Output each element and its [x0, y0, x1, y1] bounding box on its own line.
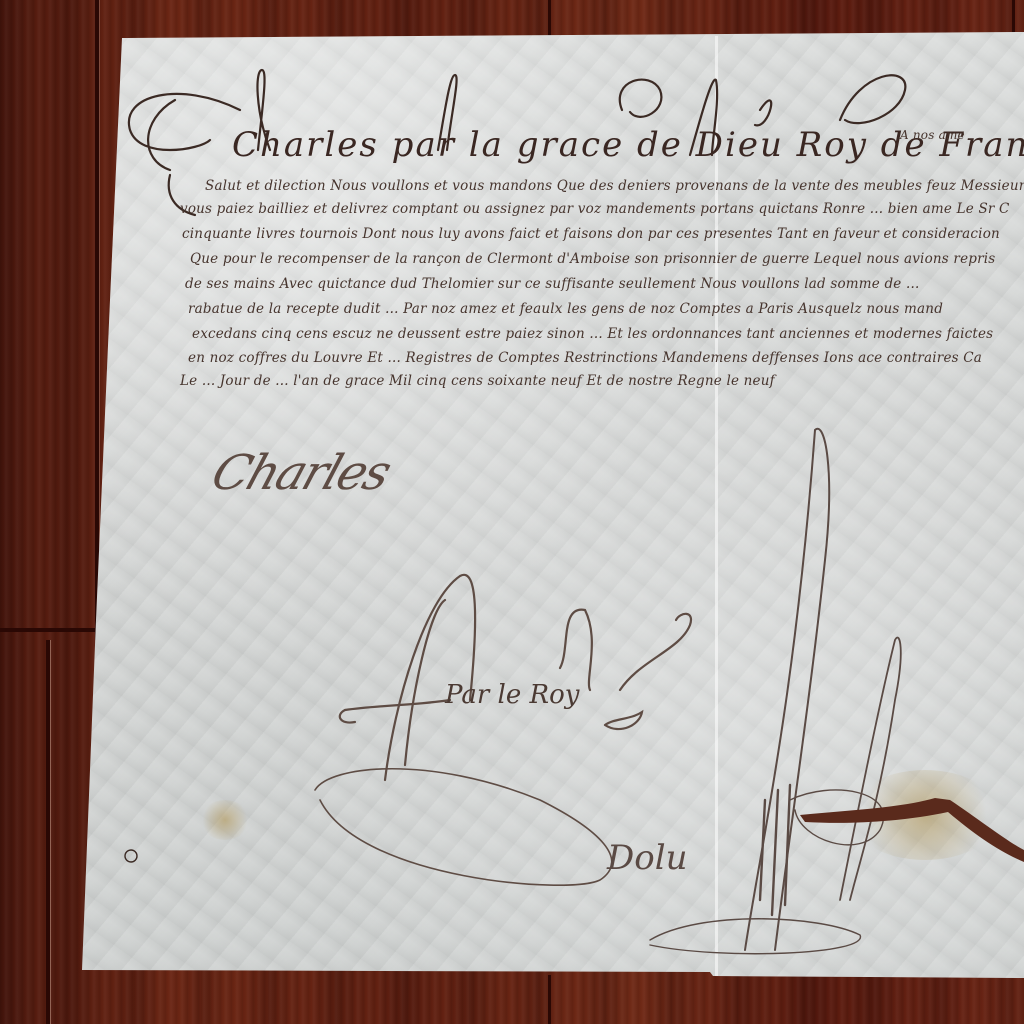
- body-line: rabatue de la recepte dudit ... Par noz …: [188, 301, 943, 317]
- table-plank-seam: [46, 640, 50, 1024]
- table-plank-seam: [548, 975, 551, 1024]
- heading-suffix: A nos ame: [900, 128, 965, 142]
- fold-crease: [715, 36, 718, 976]
- body-line: Salut et dilection Nous voullons et vous…: [205, 178, 1024, 194]
- body-line: vous paiez bailliez et delivrez comptant…: [180, 201, 1010, 217]
- table-plank-seam: [0, 628, 100, 632]
- age-stain: [200, 800, 250, 840]
- king-signature: Charles: [205, 445, 397, 501]
- body-line: Que pour le recompenser de la rançon de …: [190, 251, 995, 267]
- body-line: excedans cinq cens escuz ne deussent est…: [192, 326, 993, 342]
- secretary-signature: Dolu: [607, 838, 688, 878]
- body-line: en noz coffres du Louvre Et ... Registre…: [188, 350, 982, 366]
- countersign-par-le-roy: Par le Roy: [445, 680, 579, 710]
- table-plank-seam: [548, 0, 551, 40]
- body-line: cinquante livres tournois Dont nous luy …: [182, 226, 1000, 242]
- age-stain: [850, 770, 1000, 860]
- body-line: Le ... Jour de ... l'an de grace Mil cin…: [180, 373, 775, 389]
- table-plank-seam: [95, 0, 99, 640]
- body-line: de ses mains Avec quictance dud Thelomie…: [185, 276, 919, 292]
